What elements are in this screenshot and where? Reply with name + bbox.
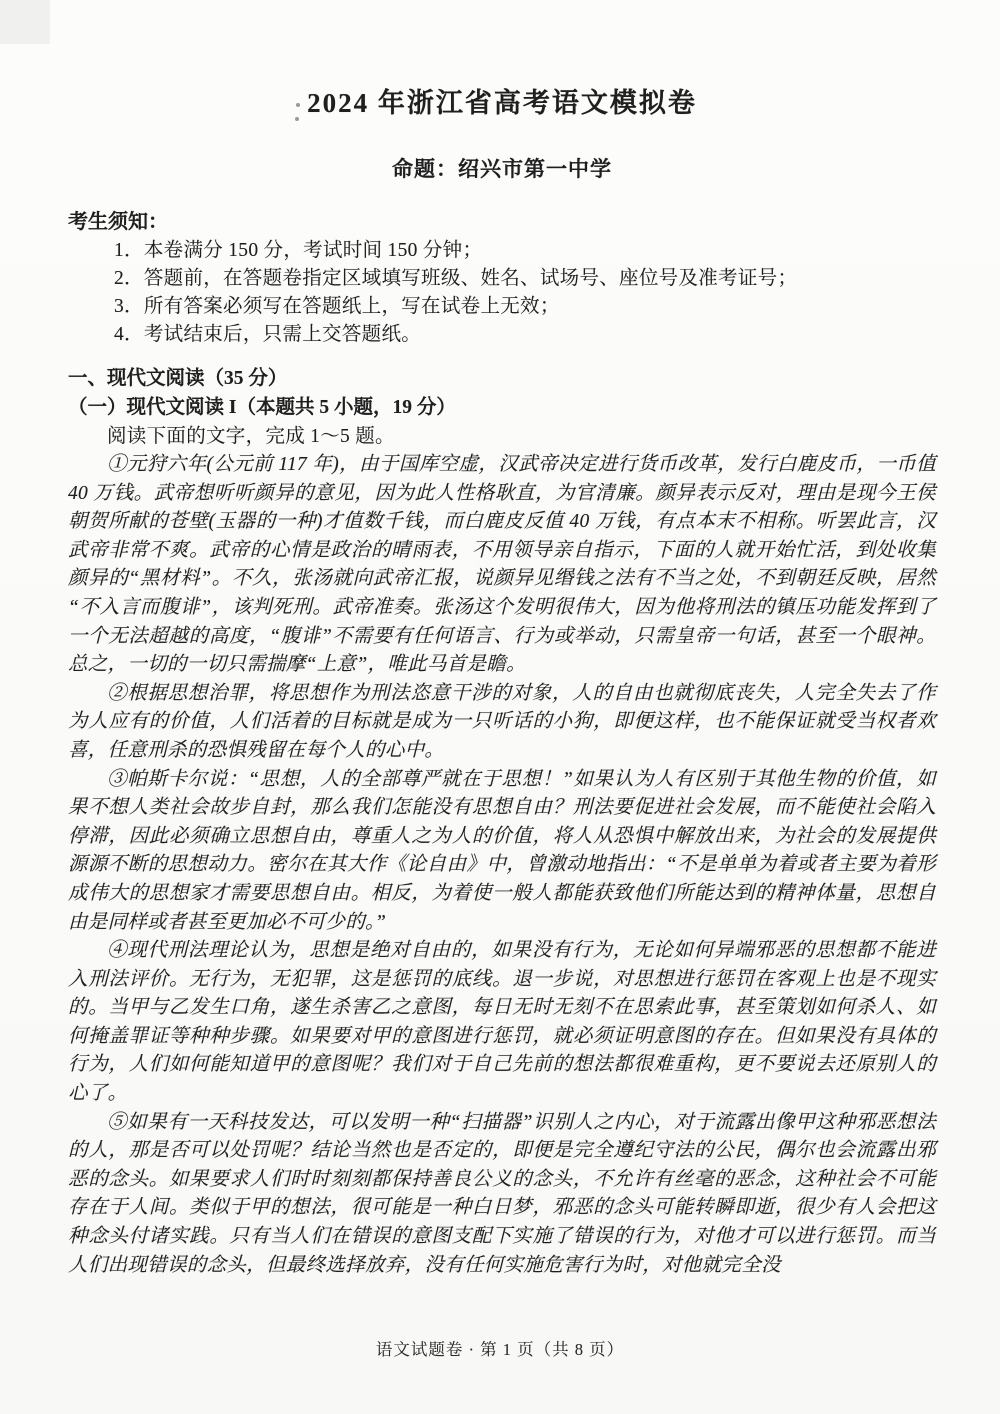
passage-paragraph-3: ③帕斯卡尔说：“思想，人的全部尊严就在于思想！”如果认为人有区别于其他生物的价值… [68,766,936,938]
page-footer: 语文试题卷 · 第 1 页（共 8 页） [0,1336,1000,1360]
notice-item-1: 1．本卷满分 150 分，考试时间 150 分钟； [68,237,936,265]
passage-paragraph-4: ④现代刑法理论认为，思想是绝对自由的，如果没有行为，无论如何异端邪恶的思想都不能… [68,937,936,1109]
notice-item-2: 2．答题前，在答题卷指定区域填写班级、姓名、试场号、座位号及准考证号； [68,265,936,293]
scan-artifact-corner [0,0,50,44]
notice-item-3: 3．所有答案必须写在答题纸上，写在试卷上无效； [68,293,936,321]
notice-heading: 考生须知： [68,209,936,235]
subsection-heading: （一）现代文阅读 I（本题共 5 小题，19 分） [68,393,936,422]
page-title: 2024 年浙江省高考语文模拟卷 [68,86,936,121]
reading-instruction: 阅读下面的文字，完成 1～5 题。 [68,422,936,451]
notice-item-4: 4．考试结束后，只需上交答题纸。 [68,321,936,349]
passage-paragraph-2: ②根据思想治罪，将思想作为刑法恣意干涉的对象，人的自由也就彻底丧失，人完全失去了… [68,680,936,766]
passage-paragraph-5: ⑤如果有一天科技发达，可以发明一种“扫描器”识别人之内心，对于流露出像甲这种邪恶… [68,1109,936,1281]
setter-line: 命题：绍兴市第一中学 [68,155,936,183]
section-heading: 一、现代文阅读（35 分） [68,364,936,393]
notice-list: 1．本卷满分 150 分，考试时间 150 分钟； 2．答题前，在答题卷指定区域… [68,237,936,349]
passage-paragraph-1: ①元狩六年(公元前 117 年)，由于国库空虚，汉武帝决定进行货币改革，发行白鹿… [68,451,936,680]
exam-page: 2024 年浙江省高考语文模拟卷 命题：绍兴市第一中学 考生须知： 1．本卷满分… [0,0,1000,1414]
